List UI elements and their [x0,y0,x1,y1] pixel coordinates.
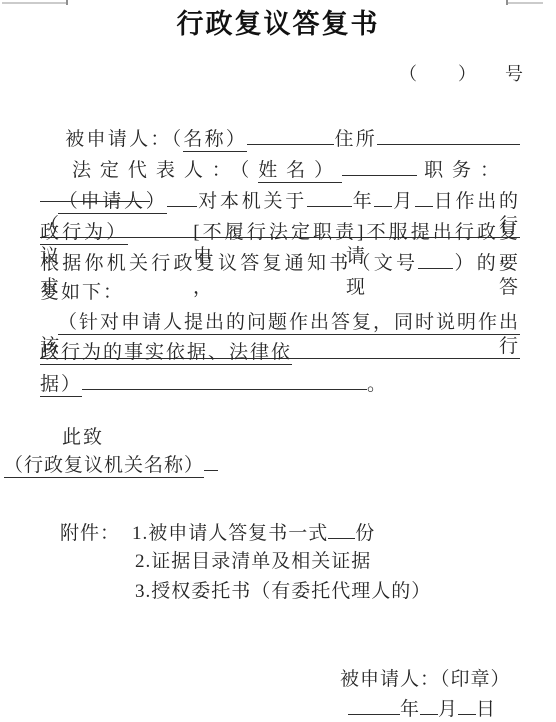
document-page: 行政复议答复书 （）号 被申请人：（名称）住所 法定代表人：（姓名）职务： （申… [0,0,556,722]
address-fill-blank [377,126,520,145]
attachments-label: 附件： [60,523,120,544]
signature-date-line: 年月日 [348,696,520,722]
month-fill-blank [374,188,392,207]
doc-number-line: （）号 [399,60,524,86]
reply-placeholder: 据） [40,374,82,397]
legal-rep-name-placeholder: 姓名） [258,160,342,183]
doc-number-unit: 号 [505,64,524,84]
respondent-label: 被申请人：（ [65,129,183,150]
signature-stamp-label: 被申请人：（印章） [340,669,511,690]
gap [120,538,132,539]
indent [40,144,65,145]
sig-month-label: 月 [438,699,458,720]
attachment-item-1: 1.被申请人答复书一式 [132,523,328,544]
year-fill-blank [307,188,352,207]
doc-number-blank [418,79,458,80]
doc-number-close-paren: ） [458,64,477,84]
respondent-line: 被申请人：（名称）住所 [40,126,520,152]
gap [508,175,520,176]
indent [40,206,58,207]
agency-line: （行政复议机关名称） [4,452,520,478]
attachments-line-1: 附件：1.被申请人答复书一式份 [60,520,520,546]
indent [40,327,58,328]
doc-ref-fill-blank [418,250,453,269]
action-fill-blank [128,219,193,238]
signature-line: 被申请人：（印章） [340,668,520,692]
body-text: 根据你机关行政复议答复通知书（文号 [40,253,418,274]
indent [40,175,65,176]
agency-fill-blank [204,452,218,471]
reply-placeholder: 政行为的事实依据、法律依 [40,342,292,365]
respondent-name-fill-blank [247,126,334,145]
respondent-name-placeholder: 名称） [183,129,247,152]
attachment-item-2: 2.证据目录清单及相关证据 [135,551,371,572]
body-text: 对本机关于 [197,191,306,212]
page-title: 行政复议答复书 [0,2,556,41]
reply-line-2: 政行为的事实依据、法律依 [40,341,520,365]
doc-number-open-paren: （ [399,64,418,84]
legal-rep-label: 法定代表人：（ [65,160,258,181]
applicant-fill-blank [167,188,197,207]
day-fill-blank [415,188,433,207]
year-label: 年 [352,191,375,212]
sig-year-fill-blank [348,696,400,715]
attachment-item-3: 3.授权委托书（有委托代理人的） [135,581,431,602]
address-label: 住所 [334,129,377,150]
attachments-line-3: 3.授权委托书（有委托代理人的） [135,580,520,604]
body-text: 日作出的 [433,191,520,212]
sig-year-label: 年 [400,699,420,720]
copies-fill-blank [328,520,355,539]
salute-line: 此致 [62,426,520,450]
month-label: 月 [392,191,415,212]
action-placeholder-end: 政行为） [40,222,128,245]
sig-month-fill-blank [420,696,438,715]
attachments-line-2: 2.证据目录清单及相关证据 [135,550,520,574]
legal-rep-name-fill-blank [342,157,417,176]
copies-unit: 份 [355,523,375,544]
salute-text: 此致 [62,427,104,448]
duty-label: 职务： [417,160,508,181]
doc-number-gap [477,79,505,80]
reply-line-3: 据）。 [40,371,520,397]
sig-day-label: 日 [476,699,496,720]
applicant-placeholder: （申请人） [58,191,167,214]
agency-name-placeholder: （行政复议机关名称） [4,455,204,478]
body-line-4: 复如下： [40,281,520,305]
sig-day-fill-blank [458,696,476,715]
reply-fill-blank [82,371,367,390]
period: 。 [367,374,388,395]
body-text: 复如下： [40,282,124,303]
